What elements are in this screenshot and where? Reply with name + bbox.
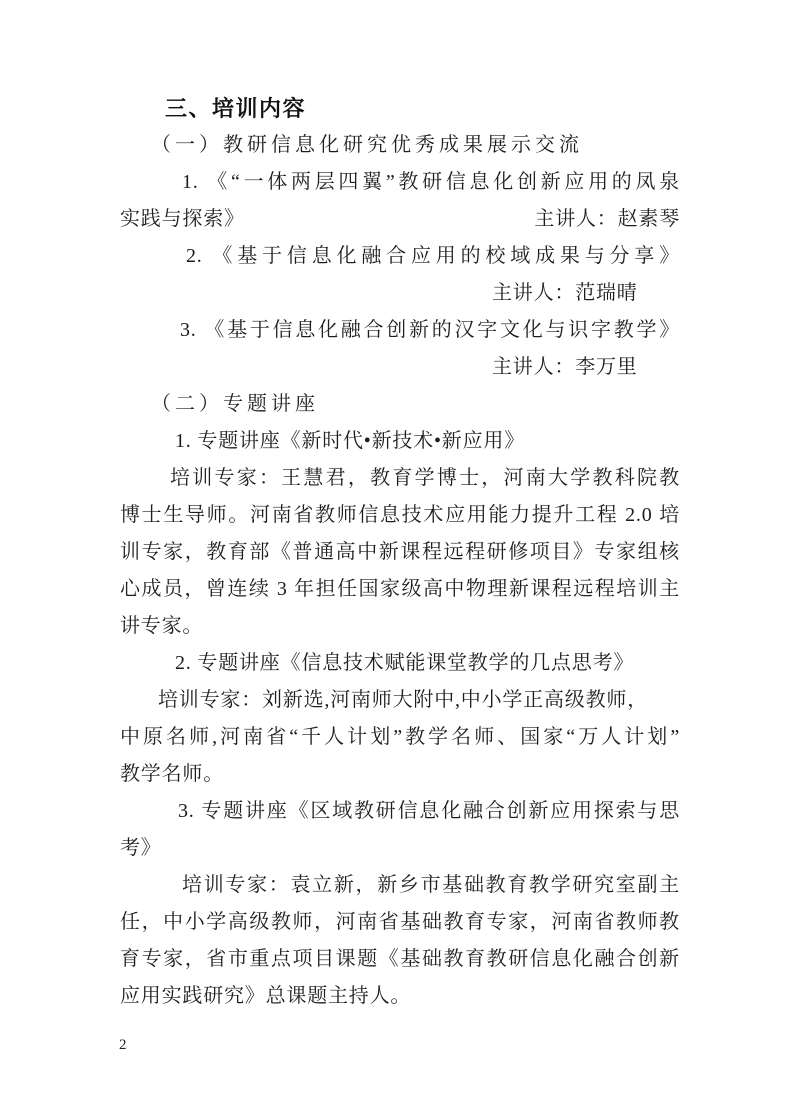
- lecture-3-expert-line-2: 任，中小学高级教师，河南省基础教育专家，河南省教师教: [120, 904, 680, 941]
- achievement-3-speaker: 主讲人：李万里: [120, 349, 680, 386]
- section-heading: 三、培训内容: [120, 90, 680, 127]
- lecture-1-expert-line-1: 培训专家：王慧君，教育学博士，河南大学教科院教授，: [120, 460, 680, 497]
- lecture-1-expert-line-3: 训专家，教育部《普通高中新课程远程研修项目》专家组核: [120, 534, 680, 571]
- subsection-1-heading: （一）教研信息化研究优秀成果展示交流: [120, 127, 680, 164]
- lecture-1-title: 1. 专题讲座《新时代•新技术•新应用》: [120, 423, 680, 460]
- achievement-1-title-line-2: 实践与探索》 主讲人：赵素琴: [120, 201, 680, 238]
- subsection-2-heading: （二）专题讲座: [120, 386, 680, 423]
- achievement-1-title-continuation: 实践与探索》: [120, 201, 245, 238]
- lecture-3-title-line-2: 考》: [120, 830, 680, 867]
- document-body: 三、培训内容 （一）教研信息化研究优秀成果展示交流 1. 《“一体两层四翼”教研…: [120, 90, 680, 1015]
- lecture-3-title-line-1: 3. 专题讲座《区域教研信息化融合创新应用探索与思: [120, 793, 680, 830]
- document-page: 三、培训内容 （一）教研信息化研究优秀成果展示交流 1. 《“一体两层四翼”教研…: [0, 0, 794, 1118]
- lecture-3-expert-line-4: 应用实践研究》总课题主持人。: [120, 978, 680, 1015]
- lecture-2-expert-line-3: 教学名师。: [120, 756, 680, 793]
- achievement-1-speaker: 主讲人：赵素琴: [534, 201, 680, 238]
- lecture-2-title: 2. 专题讲座《信息技术赋能课堂教学的几点思考》: [120, 645, 680, 682]
- achievement-2-speaker: 主讲人：范瑞晴: [120, 275, 680, 312]
- achievement-2-title: 2. 《基于信息化融合应用的校域成果与分享》: [120, 238, 680, 275]
- lecture-1-expert-line-2: 博士生导师。河南省教师信息技术应用能力提升工程 2.0 培: [120, 497, 680, 534]
- lecture-1-expert-line-4: 心成员，曾连续 3 年担任国家级高中物理新课程远程培训主: [120, 571, 680, 608]
- lecture-3-expert-line-3: 育专家，省市重点项目课题《基础教育教研信息化融合创新: [120, 941, 680, 978]
- lecture-2-expert-line-1: 培训专家：刘新选,河南师大附中,中小学正高级教师，: [120, 682, 680, 719]
- achievement-3-title: 3. 《基于信息化融合创新的汉字文化与识字教学》: [120, 312, 680, 349]
- achievement-1-title-line-1: 1. 《“一体两层四翼”教研信息化创新应用的凤泉: [120, 164, 680, 201]
- lecture-2-expert-line-2: 中原名师,河南省“千人计划”教学名师、国家“万人计划”: [120, 719, 680, 756]
- lecture-3-expert-line-1: 培训专家：袁立新，新乡市基础教育教学研究室副主: [120, 867, 680, 904]
- lecture-1-expert-line-5: 讲专家。: [120, 608, 680, 645]
- page-number: 2: [119, 1033, 127, 1057]
